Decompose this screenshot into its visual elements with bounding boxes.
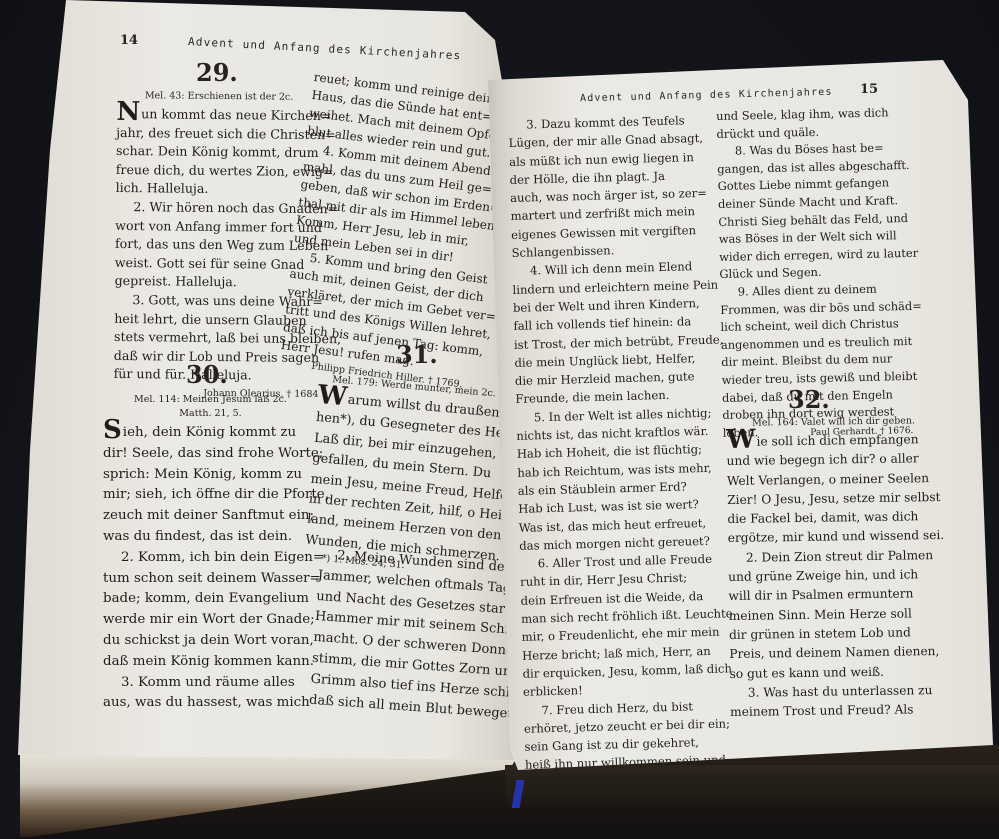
page-number-left: 14 — [120, 33, 138, 48]
text-line: Nun kommt das neue Kirchen= — [116, 103, 321, 126]
right-column-1: 3. Dazu kommt des Teufels Lügen, der mir… — [508, 110, 741, 770]
melody-note: Mel. 114: Meinen Jesum laß 2c. — [103, 393, 318, 407]
drop-cap: W — [317, 380, 349, 412]
text-line: lich. Halleluja. — [116, 179, 321, 200]
text-line: will dir in Psalmen ermuntern — [728, 584, 943, 606]
drop-cap: S — [103, 415, 122, 445]
cover-edge-right — [505, 765, 999, 805]
text-line: freue dich, du wertes Zion, ewig= — [116, 161, 321, 182]
text-line: meinem Trost und Freud? Als — [730, 700, 945, 722]
text-line: sprich: Mein König, komm zu — [103, 465, 318, 486]
text-line: 3. Komm und räume alles — [103, 673, 318, 694]
right-page: Advent und Anfang des Kirchenjahres 15 3… — [488, 60, 999, 770]
hymn-number-30: 30. — [186, 360, 228, 389]
drop-cap: N — [116, 97, 140, 127]
hymn-number-32: 32. — [788, 385, 830, 414]
bible-reference: Matth. 21, 5. — [103, 407, 318, 421]
text-line: meinen Sinn. Mein Herze soll — [729, 604, 944, 626]
hymn-31-verse-2: 2. Meine Wunden sind der Jammer, welchen… — [308, 545, 514, 725]
text-line: Sieh, dein König kommt zu — [103, 421, 318, 444]
text-line: was du findest, das ist dein. — [103, 527, 318, 548]
hymn-number-29: 29. — [196, 58, 238, 87]
text-line: zeuch mit deiner Sanftmut ein; — [103, 506, 318, 527]
text-line: jahr, des freuet sich die Christen= — [116, 124, 321, 145]
text-line: fort, das uns den Weg zum Leben — [115, 235, 320, 256]
text-line: 2. Komm, ich bin dein Eigen= — [103, 548, 318, 569]
hymn-32-column: Mel. 164: Valet will ich dir geben. Wie … — [726, 414, 945, 722]
text-line: du schickst ja dein Wort voran, — [103, 631, 318, 652]
text-line: Wie soll ich dich empfangen — [726, 428, 941, 452]
drop-cap: W — [726, 425, 756, 455]
text-line: bade; komm, dein Evangelium — [103, 589, 318, 610]
hymn-number-31: 31. — [396, 340, 438, 369]
text-line: dir! Seele, das sind frohe Worte; — [103, 444, 318, 465]
text-line: daß mein König kommen kann. — [103, 652, 318, 673]
hymn-29-continued-column: reuet; komm und reinige dein Haus, das d… — [278, 68, 499, 394]
left-page: 14 Advent und Anfang des Kirchenjahres 2… — [10, 0, 520, 765]
text-line: Preis, und deinem Namen dienen, — [729, 642, 944, 664]
text-line: und wie begegn ich dir? o aller — [726, 449, 941, 471]
text-line: 2. Wir hören noch das Gnaden= — [115, 198, 320, 219]
text-line: wort von Anfang immer fort und — [115, 216, 320, 237]
page-number-right: 15 — [860, 82, 878, 97]
text-line: werde mir ein Wort der Gnade; — [103, 610, 318, 631]
running-title-right: Advent und Anfang des Kirchenjahres — [580, 87, 833, 105]
text-line: tum schon seit deinem Wasser= — [103, 569, 318, 590]
text-line: schar. Dein König kommt, drum — [116, 142, 321, 163]
text-line: aus, was du hassest, was mich — [103, 693, 318, 714]
hymn-30-column: Mel. 114: Meinen Jesum laß 2c. Matth. 21… — [103, 393, 318, 714]
text-line: mir; sieh, ich öffne dir die Pforte, — [103, 485, 318, 506]
